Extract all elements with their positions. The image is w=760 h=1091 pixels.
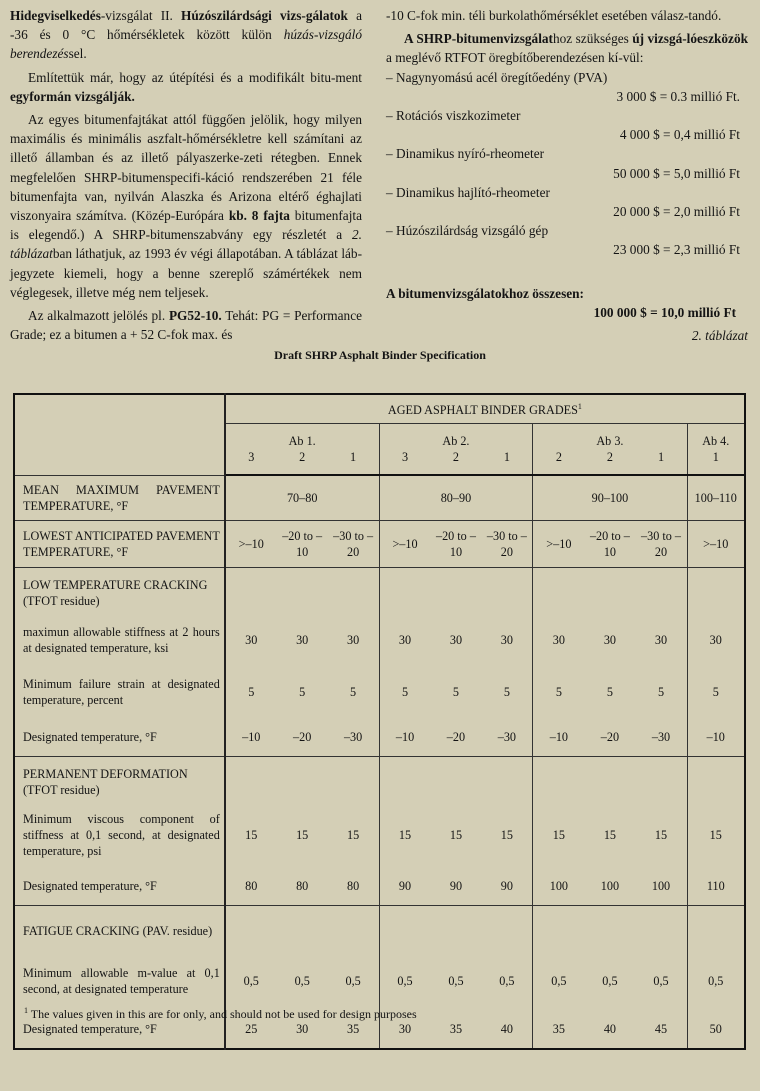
value: 0,5	[533, 973, 584, 989]
value-group: 0,50,50,5	[225, 952, 379, 1010]
subgrade-set: 321	[226, 449, 379, 465]
value: 5	[533, 684, 584, 700]
value-set: 151515	[380, 827, 533, 843]
paragraph-bitumen-types: Az egyes bitumenfajtákat attól függően j…	[10, 110, 362, 302]
value-set: 253035	[226, 1021, 379, 1037]
subgrade: 1	[688, 449, 744, 465]
section-title-row: PERMANENT DEFORMATION (TFOT residue)	[14, 756, 745, 803]
equipment-item: – Dinamikus nyíró-rheometer	[386, 144, 748, 163]
value-group: 100100100	[533, 867, 687, 906]
value: 45	[635, 1021, 686, 1037]
equipment-price: 50 000 $ = 5,0 millió Ft	[386, 164, 748, 183]
table-title: Draft SHRP Asphalt Binder Specification	[0, 348, 760, 363]
value: –30 to –20	[635, 528, 686, 560]
empty-cell	[225, 905, 379, 952]
bold-term: kb. 8 fajta	[229, 208, 290, 223]
paragraph-new-equipment: A SHRP-bitumenvizsgálathoz szükséges új …	[386, 29, 748, 67]
value-set: 303030	[380, 632, 533, 648]
value: 0,5	[584, 973, 635, 989]
value: 5	[430, 684, 481, 700]
value: –10	[688, 729, 744, 745]
value: 0,5	[226, 973, 277, 989]
value: 0,5	[277, 973, 328, 989]
value-group: –10–20–30	[533, 718, 687, 757]
equipment-item: – Nagynyomású acél öregítőedény (PVA)	[386, 68, 748, 87]
value-group: –10–20–30	[225, 718, 379, 757]
value: 0,5	[430, 973, 481, 989]
value: 0,5	[328, 973, 379, 989]
paragraph-continuation: -10 C-fok min. téli burkolathőmérséklet …	[386, 6, 748, 25]
value-group: 555	[379, 666, 533, 718]
paragraph-same-testing: Említettük már, hogy az útépítési és a m…	[10, 68, 362, 106]
value-group: >–10–20 to –10–30 to –20	[379, 520, 533, 567]
equipment-price: 3 000 $ = 0.3 millió Ft.	[386, 87, 748, 106]
value: 0,5	[688, 973, 744, 989]
text: -vizsgálat II.	[101, 8, 181, 23]
value: 15	[328, 827, 379, 843]
value-set: 5	[688, 684, 744, 700]
value: 5	[584, 684, 635, 700]
value-set: 303030	[533, 632, 686, 648]
text: ban láthatjuk, az 1993 év végi állapotáb…	[10, 246, 362, 299]
value-group: >–10–20 to –10–30 to –20	[533, 520, 687, 567]
value: –20	[430, 729, 481, 745]
value-set: 555	[380, 684, 533, 700]
section-title-row: LOW TEMPERATURE CRACKING (TFOT residue)	[14, 567, 745, 614]
subgrade: 3	[226, 449, 277, 465]
group-name: Ab 2.	[380, 433, 533, 449]
table-footnote: 1 The values given in this are for only,…	[24, 1006, 417, 1022]
header-grades: AGED ASPHALT BINDER GRADES1	[225, 394, 745, 424]
value-group: –10	[687, 718, 745, 757]
empty-cell	[687, 567, 745, 614]
value: –30	[635, 729, 686, 745]
footnote-mark: 1	[578, 402, 582, 411]
value-set: 303030	[226, 632, 379, 648]
equipment-price: 20 000 $ = 2,0 millió Ft	[386, 202, 748, 221]
value: 30	[380, 1021, 431, 1037]
value: 90	[430, 878, 481, 894]
value-cell: 80–90	[379, 475, 533, 520]
value-cell: 100–110	[687, 475, 745, 520]
value-set: 15	[688, 827, 744, 843]
value: 15	[584, 827, 635, 843]
empty-cell	[533, 567, 687, 614]
value: 15	[277, 827, 328, 843]
value-set: 30	[688, 632, 744, 648]
section-title-row: FATIGUE CRACKING (PAV. residue)	[14, 905, 745, 952]
bold-term: A SHRP-bitumenvizsgálat	[404, 31, 553, 46]
text: Az egyes bitumenfajtákat attól függően j…	[10, 112, 362, 223]
row-label: Minimum failure strain at designated tem…	[14, 666, 225, 718]
value: 30	[277, 1021, 328, 1037]
value-group: 808080	[225, 867, 379, 906]
mean-max-row: MEAN MAXIMUM PAVEMENT TEMPERATURE, °F70–…	[14, 475, 745, 520]
paragraph-cold-behavior: Hidegviselkedés-vizsgálat II. Húzószilár…	[10, 6, 362, 64]
value: >–10	[533, 536, 584, 552]
empty-cell	[687, 756, 745, 803]
value: 80	[226, 878, 277, 894]
section-title: PERMANENT DEFORMATION (TFOT residue)	[14, 756, 225, 803]
value-set: 0,5	[688, 973, 744, 989]
paragraph-notation: Az alkalmazott jelölés pl. PG52-10. Tehá…	[10, 306, 362, 344]
empty-cell	[225, 756, 379, 803]
value-set: 50	[688, 1021, 744, 1037]
value-set: 909090	[380, 878, 533, 894]
value-group: 354045	[533, 1010, 687, 1049]
value-set: 0,50,50,5	[380, 973, 533, 989]
row-label: Minimum allowable m-value at 0,1 second,…	[14, 952, 225, 1010]
row-label: MEAN MAXIMUM PAVEMENT TEMPERATURE, °F	[14, 475, 225, 520]
value-group: 909090	[379, 867, 533, 906]
bold-term: PG52-10.	[169, 308, 222, 323]
value: 0,5	[635, 973, 686, 989]
value-set: >–10–20 to –10–30 to –20	[533, 528, 686, 560]
value-group: 151515	[225, 803, 379, 867]
group-header: Ab 3.221	[533, 424, 687, 476]
subgrade: 1	[481, 449, 532, 465]
equipment-price: 4 000 $ = 0,4 millió Ft	[386, 125, 748, 144]
value: 30	[635, 632, 686, 648]
value-group: 151515	[379, 803, 533, 867]
value-group: 50	[687, 1010, 745, 1049]
value-set: >–10	[688, 536, 744, 552]
value-set: 555	[226, 684, 379, 700]
section-title: LOW TEMPERATURE CRACKING (TFOT residue)	[14, 567, 225, 614]
empty-cell	[379, 756, 533, 803]
value-set: –10–20–30	[380, 729, 533, 745]
value: 15	[635, 827, 686, 843]
value-set: 354045	[533, 1021, 686, 1037]
value: 100	[635, 878, 686, 894]
lowest-temp-row: LOWEST ANTICIPATED PAVEMENT TEMPERATURE,…	[14, 520, 745, 567]
value: 35	[430, 1021, 481, 1037]
value: –30 to –20	[481, 528, 532, 560]
left-text-column: Hidegviselkedés-vizsgálat II. Húzószilár…	[10, 6, 362, 344]
row-label: Designated temperature, °F	[14, 718, 225, 757]
row-label: Minimum viscous component of stiffness a…	[14, 803, 225, 867]
value: 30	[328, 632, 379, 648]
value-group: 0,50,50,5	[533, 952, 687, 1010]
empty-cell	[225, 567, 379, 614]
subgrade: 3	[380, 449, 431, 465]
value: –20 to –10	[430, 528, 481, 560]
value: –30	[481, 729, 532, 745]
bold-term: Hidegviselkedés	[10, 8, 101, 23]
value-set: –10–20–30	[533, 729, 686, 745]
value: 80	[328, 878, 379, 894]
value: 100	[533, 878, 584, 894]
value: 110	[688, 878, 744, 894]
value: 25	[226, 1021, 277, 1037]
value-group: 555	[225, 666, 379, 718]
text: Az alkalmazott jelölés pl.	[28, 308, 169, 323]
text: hoz szükséges	[553, 31, 632, 46]
empty-cell	[533, 756, 687, 803]
data-row: Minimum allowable m-value at 0,1 second,…	[14, 952, 745, 1010]
value: 0,5	[481, 973, 532, 989]
value-set: 151515	[226, 827, 379, 843]
data-row: maximun allowable stiffness at 2 hours a…	[14, 614, 745, 666]
value-group: 303030	[533, 614, 687, 666]
value: 30	[481, 632, 532, 648]
row-label: Designated temperature, °F	[14, 867, 225, 906]
table-reference: 2. táblázat	[386, 326, 748, 345]
value: 15	[226, 827, 277, 843]
empty-cell	[687, 905, 745, 952]
value: 30	[277, 632, 328, 648]
row-label: LOWEST ANTICIPATED PAVEMENT TEMPERATURE,…	[14, 520, 225, 567]
empty-cell	[379, 905, 533, 952]
corner-cell	[14, 394, 225, 475]
value-group: 555	[533, 666, 687, 718]
value: –20 to –10	[277, 528, 328, 560]
group-header: Ab 2.321	[379, 424, 533, 476]
value: 5	[688, 684, 744, 700]
data-row: Minimum viscous component of stiffness a…	[14, 803, 745, 867]
value: 100	[584, 878, 635, 894]
subgrade: 2	[584, 449, 635, 465]
value: >–10	[226, 536, 277, 552]
binder-spec-table: AGED ASPHALT BINDER GRADES1Ab 1.321Ab 2.…	[13, 393, 746, 1050]
group-name: Ab 3.	[533, 433, 686, 449]
value-set: 0,50,50,5	[533, 973, 686, 989]
value-group: 303030	[379, 614, 533, 666]
value-group: 15	[687, 803, 745, 867]
equipment-list: – Nagynyomású acél öregítőedény (PVA)3 0…	[386, 68, 748, 260]
value: 90	[481, 878, 532, 894]
data-row: Designated temperature, °F80808090909010…	[14, 867, 745, 906]
value-group: 0,50,50,5	[379, 952, 533, 1010]
group-name: Ab 1.	[226, 433, 379, 449]
total-label: A bitumenvizsgálatokhoz összesen:	[386, 284, 748, 303]
value: 5	[328, 684, 379, 700]
group-header: Ab 1.321	[225, 424, 379, 476]
header-row: AGED ASPHALT BINDER GRADES1	[14, 394, 745, 424]
value: 15	[688, 827, 744, 843]
value: 30	[584, 632, 635, 648]
value-group: 303030	[225, 614, 379, 666]
value-set: 110	[688, 878, 744, 894]
value-set: 0,50,50,5	[226, 973, 379, 989]
value-set: 100100100	[533, 878, 686, 894]
text: sel.	[69, 46, 87, 61]
equipment-item: – Húzószilárdság vizsgáló gép	[386, 221, 748, 240]
value: 5	[380, 684, 431, 700]
value: –20	[584, 729, 635, 745]
subgrade: 1	[635, 449, 686, 465]
group-name: Ab 4.	[688, 433, 744, 449]
value-group: –10–20–30	[379, 718, 533, 757]
value: –10	[226, 729, 277, 745]
value: 35	[328, 1021, 379, 1037]
subgrade-set: 1	[688, 449, 744, 465]
value: 40	[584, 1021, 635, 1037]
value: –20	[277, 729, 328, 745]
value: 15	[481, 827, 532, 843]
subgrade-set: 321	[380, 449, 533, 465]
value: 50	[688, 1021, 744, 1037]
value-set: –10	[688, 729, 744, 745]
subgrade: 2	[533, 449, 584, 465]
footnote-mark: 1	[24, 1006, 28, 1015]
equipment-item: – Rotációs viszkozimeter	[386, 106, 748, 125]
value-set: 808080	[226, 878, 379, 894]
value: 80	[277, 878, 328, 894]
subgrade: 2	[430, 449, 481, 465]
value: 15	[533, 827, 584, 843]
empty-cell	[533, 905, 687, 952]
value-set: 151515	[533, 827, 686, 843]
value-group: 30	[687, 614, 745, 666]
value-cell: 90–100	[533, 475, 687, 520]
value: 90	[380, 878, 431, 894]
bold-term: egyformán vizsgálják.	[10, 89, 135, 104]
value: –20 to –10	[584, 528, 635, 560]
value-cell: 70–80	[225, 475, 379, 520]
bold-term: új vizsgá-lóeszközök	[632, 31, 748, 46]
value: 30	[688, 632, 744, 648]
value: 0,5	[380, 973, 431, 989]
text: Említettük már, hogy az útépítési és a m…	[28, 70, 362, 85]
value-group: 110	[687, 867, 745, 906]
value-group: 151515	[533, 803, 687, 867]
row-label: maximun allowable stiffness at 2 hours a…	[14, 614, 225, 666]
bold-term: Húzószilárdsági vizs-gálatok	[181, 8, 348, 23]
value-group: >–10–20 to –10–30 to –20	[225, 520, 379, 567]
footnote-text: The values given in this are for only, a…	[31, 1007, 417, 1021]
value-set: 555	[533, 684, 686, 700]
group-header: Ab 4.1	[687, 424, 745, 476]
data-row: Minimum failure strain at designated tem…	[14, 666, 745, 718]
total-price: 100 000 $ = 10,0 millió Ft	[386, 303, 748, 322]
value-set: 303540	[380, 1021, 533, 1037]
value: 30	[226, 632, 277, 648]
equipment-item: – Dinamikus hajlító-rheometer	[386, 183, 748, 202]
empty-cell	[379, 567, 533, 614]
value: 5	[481, 684, 532, 700]
value: –30	[328, 729, 379, 745]
section-title: FATIGUE CRACKING (PAV. residue)	[14, 905, 225, 952]
equipment-price: 23 000 $ = 2,3 millió Ft	[386, 240, 748, 259]
value: 30	[533, 632, 584, 648]
subgrade-set: 221	[533, 449, 686, 465]
value: 15	[430, 827, 481, 843]
value: 30	[380, 632, 431, 648]
value: 40	[481, 1021, 532, 1037]
value-set: >–10–20 to –10–30 to –20	[380, 528, 533, 560]
subgrade: 1	[328, 449, 379, 465]
data-row: Designated temperature, °F–10–20–30–10–2…	[14, 718, 745, 757]
value: 5	[635, 684, 686, 700]
value: 15	[380, 827, 431, 843]
value: –10	[380, 729, 431, 745]
text: a meglévő RTFOT öregbítőberendezésen kí-…	[386, 50, 643, 65]
value: –10	[533, 729, 584, 745]
value: 30	[430, 632, 481, 648]
value-set: >–10–20 to –10–30 to –20	[226, 528, 379, 560]
value-group: 5	[687, 666, 745, 718]
value: >–10	[380, 536, 431, 552]
value: 35	[533, 1021, 584, 1037]
value-set: –10–20–30	[226, 729, 379, 745]
value-group: >–10	[687, 520, 745, 567]
value: 5	[277, 684, 328, 700]
value: >–10	[688, 536, 744, 552]
subgrade: 2	[277, 449, 328, 465]
header-title: AGED ASPHALT BINDER GRADES	[388, 404, 578, 418]
value: –30 to –20	[328, 528, 379, 560]
right-text-column: -10 C-fok min. téli burkolathőmérséklet …	[386, 6, 748, 345]
value: 5	[226, 684, 277, 700]
value-group: 0,5	[687, 952, 745, 1010]
